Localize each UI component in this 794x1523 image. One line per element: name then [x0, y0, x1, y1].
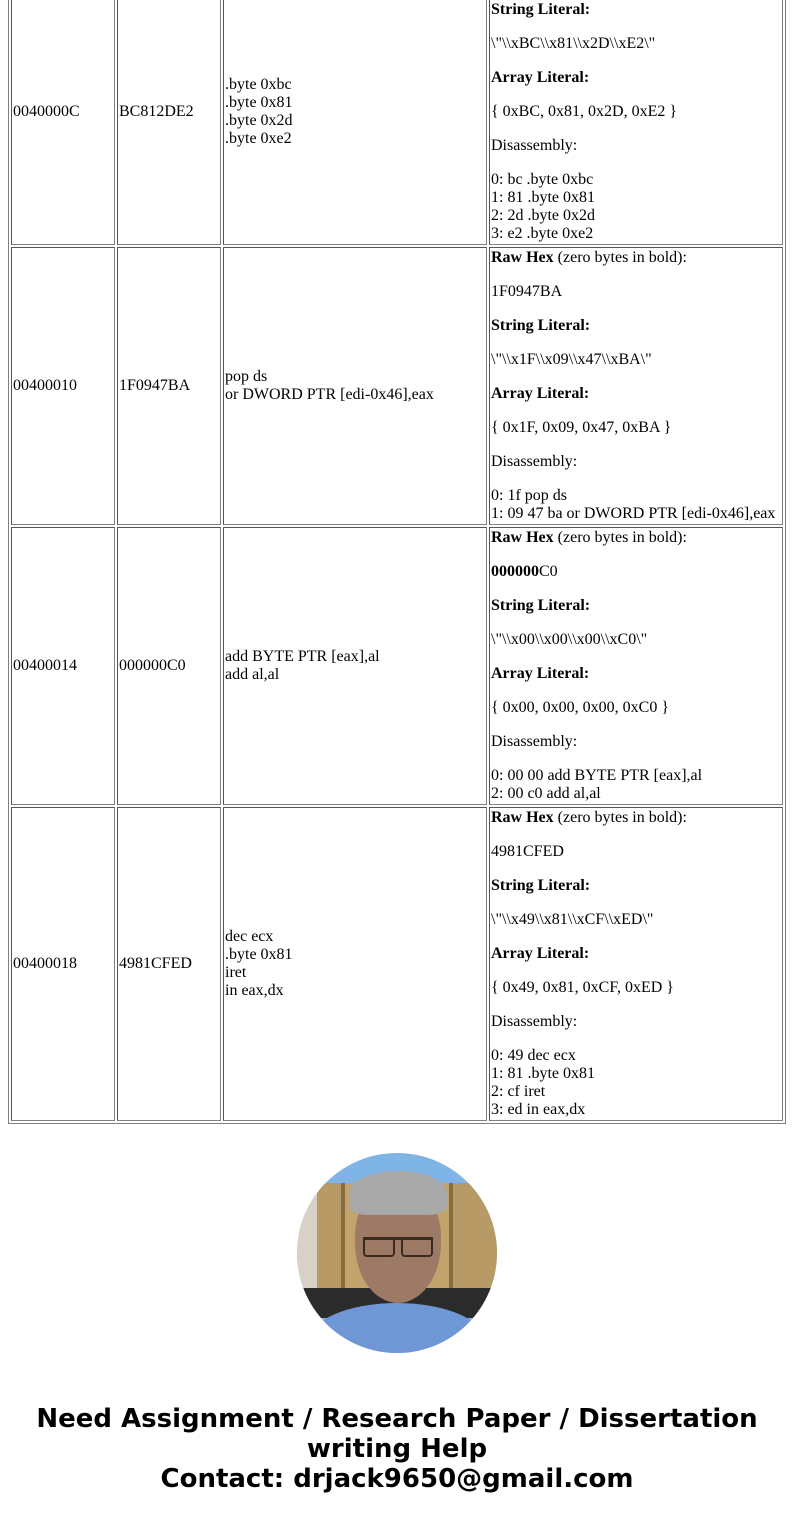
string-literal-label: String Literal: — [491, 317, 590, 334]
asm-cell: .byte 0xbc .byte 0x81 .byte 0x2d .byte 0… — [223, 0, 487, 245]
raw-hex-value: 000000C0 — [491, 563, 781, 581]
detail-cell: String Literal: \"\\xBC\\x81\\x2D\\xE2\"… — [489, 0, 783, 245]
raw-hex-value: 4981CFED — [491, 843, 781, 861]
table-row: 00400014 000000C0 add BYTE PTR [eax],al … — [11, 527, 783, 805]
promo-line-2: writing Help — [0, 1434, 794, 1464]
asm-line: dec ecx — [225, 928, 485, 946]
disasm-line: 2: 00 c0 add al,al — [491, 785, 601, 802]
raw-hex-zero-bytes: 000000 — [491, 563, 539, 580]
detail-cell: Raw Hex (zero bytes in bold): 1F0947BA S… — [489, 247, 783, 525]
array-literal-value: { 0xBC, 0x81, 0x2D, 0xE2 } — [491, 103, 781, 121]
raw-hex-rest: 4981CFED — [491, 843, 564, 860]
hex-cell: BC812DE2 — [117, 0, 221, 245]
raw-hex-label: Raw Hex — [491, 249, 554, 266]
asm-line: pop ds — [225, 368, 485, 386]
asm-cell: dec ecx .byte 0x81 iret in eax,dx — [223, 807, 487, 1121]
hex-cell: 1F0947BA — [117, 247, 221, 525]
address-cell: 00400010 — [11, 247, 115, 525]
string-literal-value: \"\\x49\\x81\\xCF\\xED\" — [491, 911, 781, 929]
disasm-line: 0: bc .byte 0xbc — [491, 171, 593, 188]
disassembly-label: Disassembly: — [491, 453, 781, 471]
disassembly-lines: 0: 49 dec ecx 1: 81 .byte 0x81 2: cf ire… — [491, 1047, 781, 1119]
disasm-line: 1: 81 .byte 0x81 — [491, 1065, 595, 1082]
disassembly-lines: 0: bc .byte 0xbc 1: 81 .byte 0x81 2: 2d … — [491, 171, 781, 243]
asm-line: .byte 0x2d — [225, 112, 485, 130]
asm-line: add BYTE PTR [eax],al — [225, 648, 485, 666]
asm-line: .byte 0xbc — [225, 76, 485, 94]
disassembly-lines: 0: 00 00 add BYTE PTR [eax],al 2: 00 c0 … — [491, 767, 781, 803]
array-literal-label: Array Literal: — [491, 385, 589, 402]
disassembly-label: Disassembly: — [491, 733, 781, 751]
array-literal-value: { 0x00, 0x00, 0x00, 0xC0 } — [491, 699, 781, 717]
disassembly-label: Disassembly: — [491, 1013, 781, 1031]
array-literal-value: { 0x49, 0x81, 0xCF, 0xED } — [491, 979, 781, 997]
hex-dump-table: 0040000C BC812DE2 .byte 0xbc .byte 0x81 … — [8, 0, 786, 1124]
disasm-line: 1: 09 47 ba or DWORD PTR [edi-0x46],eax — [491, 505, 775, 522]
disasm-line: 0: 49 dec ecx — [491, 1047, 576, 1064]
asm-line: .byte 0xe2 — [225, 130, 485, 148]
detail-cell: Raw Hex (zero bytes in bold): 4981CFED S… — [489, 807, 783, 1121]
raw-hex-rest: 1F0947BA — [491, 283, 562, 300]
promo-line-1: Need Assignment / Research Paper / Disse… — [0, 1404, 794, 1434]
disasm-line: 0: 00 00 add BYTE PTR [eax],al — [491, 767, 702, 784]
glasses-icon — [363, 1237, 433, 1256]
raw-hex-note: (zero bytes in bold): — [554, 809, 687, 826]
hex-cell: 000000C0 — [117, 527, 221, 805]
table-row: 00400018 4981CFED dec ecx .byte 0x81 ire… — [11, 807, 783, 1121]
raw-hex-value: 1F0947BA — [491, 283, 781, 301]
raw-hex-note: (zero bytes in bold): — [554, 529, 687, 546]
string-literal-value: \"\\x1F\\x09\\x47\\xBA\" — [491, 351, 781, 369]
disasm-line: 2: 2d .byte 0x2d — [491, 207, 595, 224]
address-cell: 00400014 — [11, 527, 115, 805]
disasm-line: 0: 1f pop ds — [491, 487, 567, 504]
asm-line: or DWORD PTR [edi-0x46],eax — [225, 386, 485, 404]
raw-hex-label: Raw Hex — [491, 809, 554, 826]
address-cell: 00400018 — [11, 807, 115, 1121]
asm-line: in eax,dx — [225, 982, 485, 1000]
address-cell: 0040000C — [11, 0, 115, 245]
string-literal-label: String Literal: — [491, 877, 590, 894]
array-literal-label: Array Literal: — [491, 69, 589, 86]
string-literal-label: String Literal: — [491, 597, 590, 614]
disasm-line: 3: ed in eax,dx — [491, 1101, 585, 1118]
array-literal-value: { 0x1F, 0x09, 0x47, 0xBA } — [491, 419, 781, 437]
raw-hex-label: Raw Hex — [491, 529, 554, 546]
string-literal-label: String Literal: — [491, 1, 590, 18]
disasm-line: 2: cf iret — [491, 1083, 545, 1100]
hex-table-container: 0040000C BC812DE2 .byte 0xbc .byte 0x81 … — [8, 0, 786, 1124]
detail-cell: Raw Hex (zero bytes in bold): 000000C0 S… — [489, 527, 783, 805]
disassembly-label: Disassembly: — [491, 137, 781, 155]
profile-photo — [297, 1153, 497, 1353]
asm-cell: pop ds or DWORD PTR [edi-0x46],eax — [223, 247, 487, 525]
table-row: 00400010 1F0947BA pop ds or DWORD PTR [e… — [11, 247, 783, 525]
photo-hair — [349, 1171, 447, 1215]
string-literal-value: \"\\x00\\x00\\x00\\xC0\" — [491, 631, 781, 649]
disasm-line: 3: e2 .byte 0xe2 — [491, 225, 593, 242]
disassembly-lines: 0: 1f pop ds 1: 09 47 ba or DWORD PTR [e… — [491, 487, 781, 523]
asm-line: .byte 0x81 — [225, 946, 485, 964]
asm-line: add al,al — [225, 666, 485, 684]
raw-hex-rest: C0 — [539, 563, 558, 580]
array-literal-label: Array Literal: — [491, 665, 589, 682]
promo-contact: Contact: drjack9650@gmail.com — [0, 1464, 794, 1494]
array-literal-label: Array Literal: — [491, 945, 589, 962]
string-literal-value: \"\\xBC\\x81\\x2D\\xE2\" — [491, 35, 781, 53]
asm-line: .byte 0x81 — [225, 94, 485, 112]
table-row: 0040000C BC812DE2 .byte 0xbc .byte 0x81 … — [11, 0, 783, 245]
promo-banner: Need Assignment / Research Paper / Disse… — [0, 1404, 794, 1494]
disasm-line: 1: 81 .byte 0x81 — [491, 189, 595, 206]
asm-line: iret — [225, 964, 485, 982]
asm-cell: add BYTE PTR [eax],al add al,al — [223, 527, 487, 805]
hex-cell: 4981CFED — [117, 807, 221, 1121]
raw-hex-note: (zero bytes in bold): — [554, 249, 687, 266]
